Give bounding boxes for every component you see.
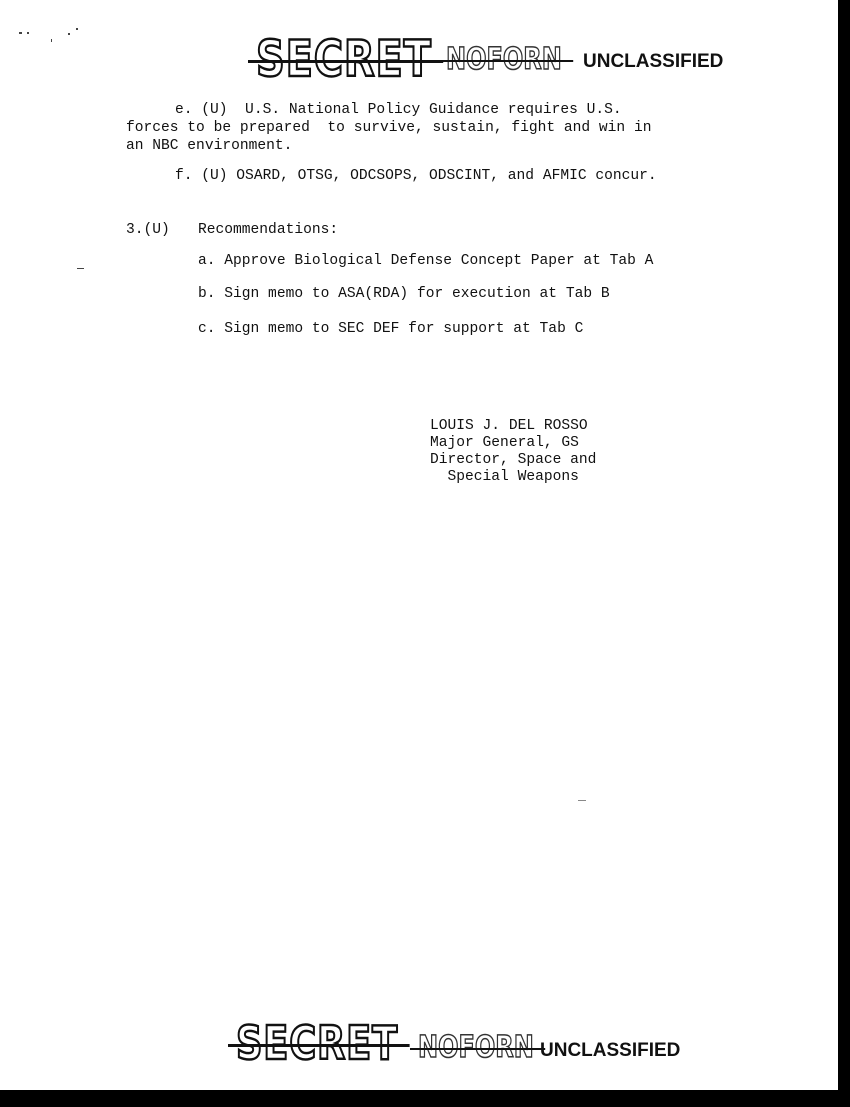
strikethrough-line — [228, 1044, 409, 1047]
signer-title-line-2: Special Weapons — [430, 469, 579, 486]
unclassified-marking: UNCLASSIFIED — [540, 1040, 680, 1062]
scan-speck — [51, 39, 52, 42]
strikethrough-line — [438, 60, 573, 62]
signer-rank: Major General, GS — [430, 435, 579, 452]
noforn-stamp: NOFORN — [418, 1030, 534, 1065]
scan-speck — [578, 800, 586, 801]
section-number: 3.(U) — [126, 221, 170, 239]
paragraph-e-line-1: e. (U) U.S. National Policy Guidance req… — [175, 101, 622, 119]
scan-speck — [77, 268, 84, 269]
strikethrough-line — [248, 60, 443, 63]
recommendation-item-a: a. Approve Biological Defense Concept Pa… — [198, 252, 653, 270]
paragraph-e-line-3: an NBC environment. — [126, 137, 292, 155]
recommendation-item-b: b. Sign memo to ASA(RDA) for execution a… — [198, 285, 610, 303]
secret-stamp: SECRET — [256, 30, 432, 88]
paragraph-e-line-2: forces to be prepared to survive, sustai… — [126, 119, 651, 137]
signer-title-line-1: Director, Space and — [430, 452, 596, 469]
unclassified-marking: UNCLASSIFIED — [583, 51, 723, 73]
strikethrough-line — [410, 1048, 545, 1050]
scan-speck — [76, 28, 78, 30]
recommendation-item-c: c. Sign memo to SEC DEF for support at T… — [198, 320, 583, 338]
section-heading: Recommendations: — [198, 221, 338, 239]
scan-speck — [19, 32, 22, 34]
paragraph-f: f. (U) OSARD, OTSG, ODCSOPS, ODSCINT, an… — [175, 167, 657, 185]
scan-speck — [27, 32, 29, 34]
scan-speck — [68, 33, 70, 35]
document-page: SECRET NOFORN UNCLASSIFIED e. (U) U.S. N… — [0, 0, 838, 1090]
signer-name: LOUIS J. DEL ROSSO — [430, 418, 588, 435]
noforn-stamp: NOFORN — [446, 42, 562, 77]
secret-stamp: SECRET — [236, 1016, 398, 1070]
